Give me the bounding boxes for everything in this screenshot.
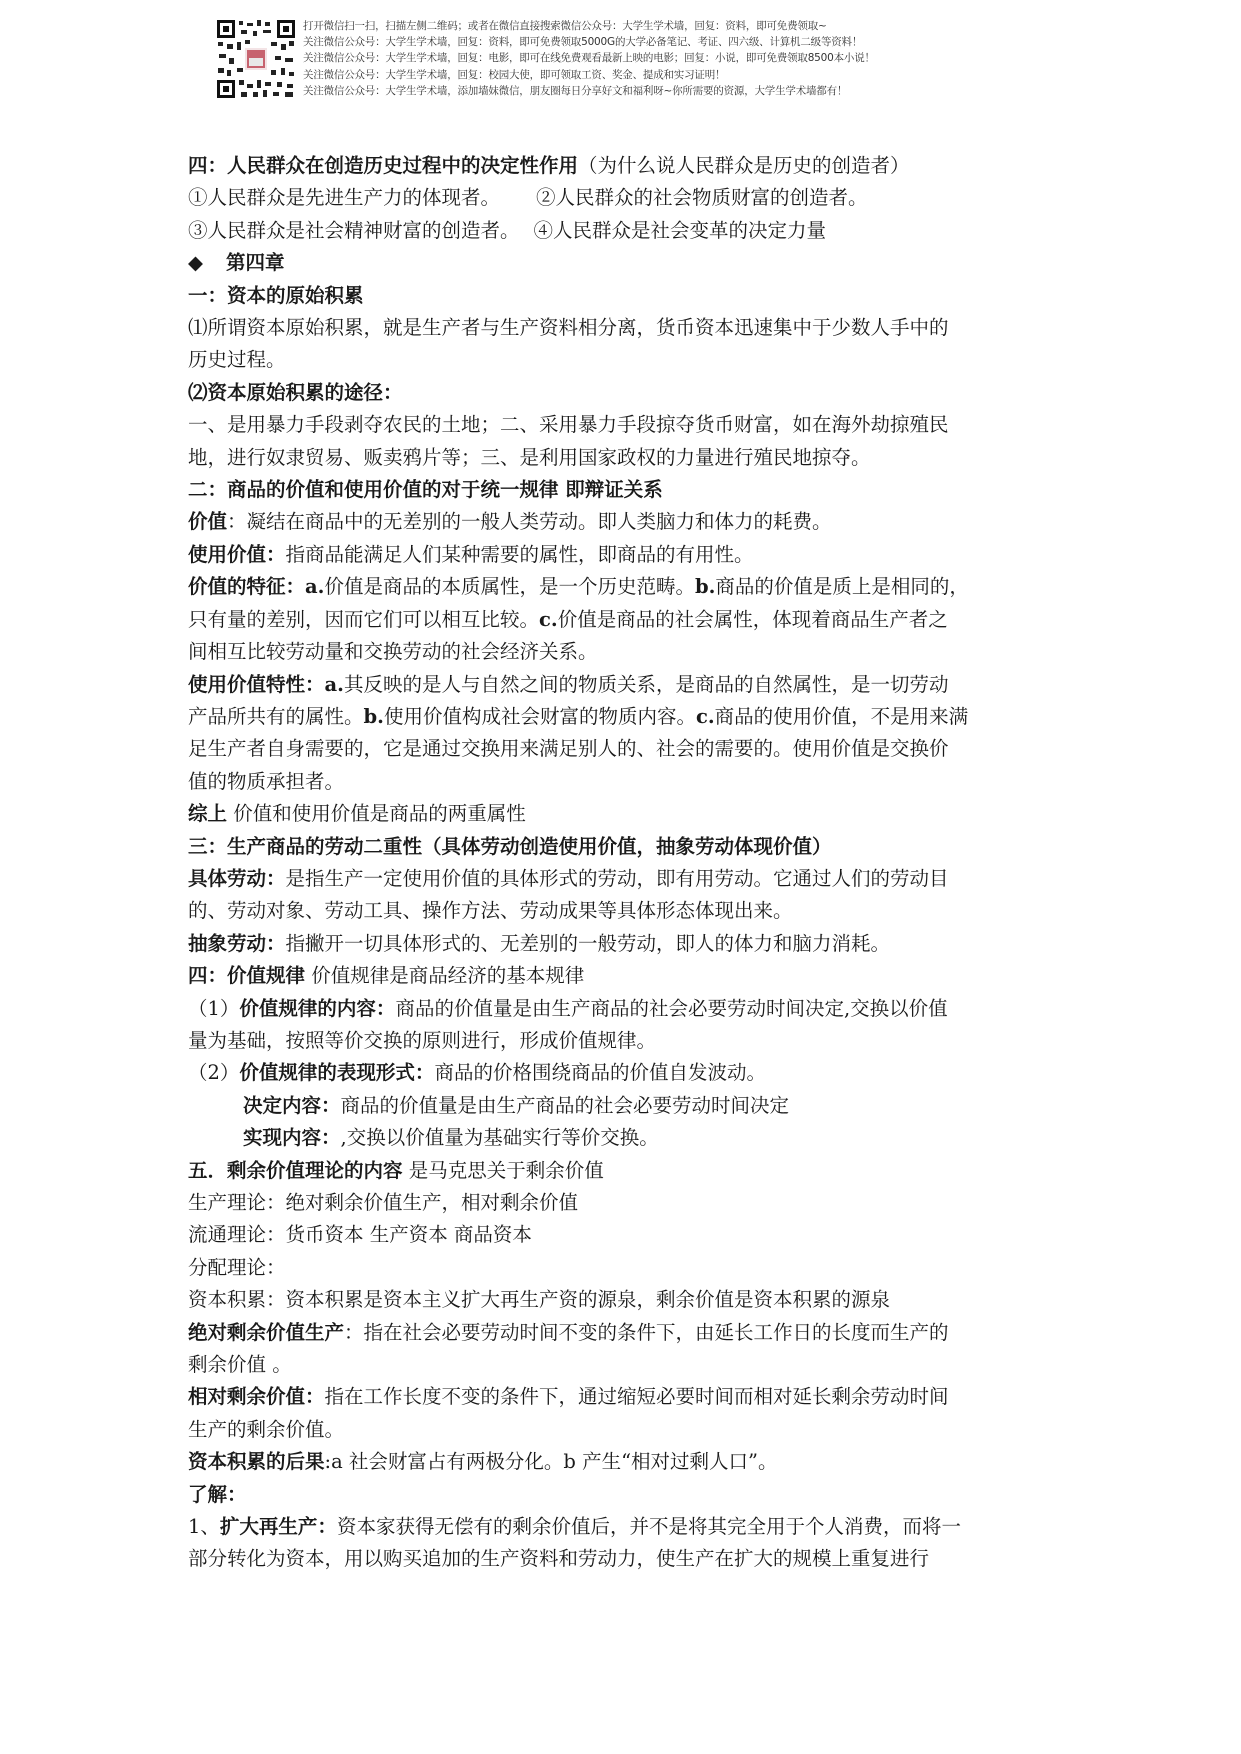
definition-concrete-labor: 具体劳动：是指生产一定使用价值的具体形式的劳动，即有用劳动。它通过人们的劳动目 <box>188 863 1058 895</box>
definition-value: 价值：凝结在商品中的无差别的一般人类劳动。即人类脑力和体力的耗费。 <box>188 506 1058 538</box>
paragraph: 间相互比较劳动量和交换劳动的社会经济关系。 <box>188 636 1058 668</box>
section-heading: 四：人民群众在创造历史过程中的决定性作用（为什么说人民群众是历史的创造者） <box>188 150 1058 182</box>
document-body: 四：人民群众在创造历史过程中的决定性作用（为什么说人民群众是历史的创造者） ①人… <box>188 150 1058 1576</box>
diamond-bullet-icon: ◆ <box>188 247 226 279</box>
promo-line: 关注微信公众号：大学生学术墙，回复：资料，即可免费领取5000G的大学必备笔记、… <box>303 34 875 50</box>
accumulation-results: 资本积累的后果:a 社会财富占有两极分化。b 产生“相对过剩人口”。 <box>188 1446 1058 1478</box>
definition-absolute-surplus: 绝对剩余价值生产：指在社会必要劳动时间不变的条件下，由延长工作日的长度而生产的 <box>188 1317 1058 1349</box>
paragraph: 足生产者自身需要的，它是通过交换用来满足别人的、社会的需要的。使用价值是交换价 <box>188 733 1058 765</box>
promo-line: 关注微信公众号：大学生学术墙，回复：电影，即可在线免费观看最新上映的电影；回复：… <box>303 50 875 66</box>
paragraph: 流通理论：货币资本 生产资本 商品资本 <box>188 1219 1058 1251</box>
section-heading: 二：商品的价值和使用价值的对于统一规律 即辩证关系 <box>188 474 1058 506</box>
definition-relative-surplus: 相对剩余价值：指在工作长度不变的条件下，通过缩短必要时间而相对延长剩余劳动时间 <box>188 1381 1058 1413</box>
paragraph: 值的物质承担者。 <box>188 766 1058 798</box>
paragraph: 剩余价值 。 <box>188 1349 1058 1381</box>
sub-item: 实现内容：,交换以价值量为基础实行等价交换。 <box>188 1122 1058 1154</box>
chapter-heading: ◆第四章 <box>188 247 1058 279</box>
promo-line: 打开微信扫一扫，扫描左侧二维码；或者在微信直接搜索微信公众号：大学生学术墙，回复… <box>303 18 875 34</box>
paragraph: 产品所共有的属性。b.使用价值构成社会财富的物质内容。c.商品的使用价值，不是用… <box>188 701 1058 733</box>
list-item: （2）价值规律的表现形式：商品的价格围绕商品的价值自发波动。 <box>188 1057 1058 1089</box>
value-features: 价值的特征：a.价值是商品的本质属性，是一个历史范畴。b.商品的价值是质上是相同… <box>188 571 1058 603</box>
paragraph: 的、劳动对象、劳动工具、操作方法、劳动成果等具体形态体现出来。 <box>188 895 1058 927</box>
promo-line: 关注微信公众号：大学生学术墙，回复：校园大使，即可领取工资、奖金、提成和实习证明… <box>303 67 875 83</box>
paragraph: ①人民群众是先进生产力的体现者。②人民群众的社会物质财富的创造者。 <box>188 182 1058 214</box>
list-item: （1）价值规律的内容：商品的价值量是由生产商品的社会必要劳动时间决定,交换以价值 <box>188 993 1058 1025</box>
sub-heading: 了解： <box>188 1479 1058 1511</box>
sub-heading: ⑵资本原始积累的途径： <box>188 377 1058 409</box>
paragraph: 生产理论：绝对剩余价值生产，相对剩余价值 <box>188 1187 1058 1219</box>
summary: 综上 价值和使用价值是商品的两重属性 <box>188 798 1058 830</box>
paragraph: 地，进行奴隶贸易、贩卖鸦片等；三、是利用国家政权的力量进行殖民地掠夺。 <box>188 442 1058 474</box>
paragraph: 生产的剩余价值。 <box>188 1414 1058 1446</box>
paragraph: 历史过程。 <box>188 344 1058 376</box>
qr-code-icon <box>215 18 297 100</box>
section-heading: 三：生产商品的劳动二重性（具体劳动创造使用价值，抽象劳动体现价值） <box>188 831 1058 863</box>
paragraph: 量为基础，按照等价交换的原则进行，形成价值规律。 <box>188 1025 1058 1057</box>
section-heading: 五．剩余价值理论的内容 是马克思关于剩余价值 <box>188 1155 1058 1187</box>
paragraph: 资本积累：资本积累是资本主义扩大再生产资的源泉，剩余价值是资本积累的源泉 <box>188 1284 1058 1316</box>
list-item: 1、扩大再生产：资本家获得无偿有的剩余价值后，并不是将其完全用于个人消费，而将一 <box>188 1511 1058 1543</box>
paragraph: ③人民群众是社会精神财富的创造者。④人民群众是社会变革的决定力量 <box>188 215 1058 247</box>
promo-header: 打开微信扫一扫，扫描左侧二维码；或者在微信直接搜索微信公众号：大学生学术墙，回复… <box>215 18 875 104</box>
use-value-features: 使用价值特性：a.其反映的是人与自然之间的物质关系，是商品的自然属性，是一切劳动 <box>188 669 1058 701</box>
promo-text: 打开微信扫一扫，扫描左侧二维码；或者在微信直接搜索微信公众号：大学生学术墙，回复… <box>303 18 875 104</box>
paragraph: 分配理论： <box>188 1252 1058 1284</box>
paragraph: 只有量的差别，因而它们可以相互比较。c.价值是商品的社会属性，体现着商品生产者之 <box>188 604 1058 636</box>
definition-abstract-labor: 抽象劳动：指撇开一切具体形式的、无差别的一般劳动，即人的体力和脑力消耗。 <box>188 928 1058 960</box>
promo-line: 关注微信公众号：大学生学术墙，添加墙妹微信，朋友圈每日分享好文和福利呀~你所需要… <box>303 83 875 99</box>
section-heading: 四：价值规律 价值规律是商品经济的基本规律 <box>188 960 1058 992</box>
paragraph: 一、是用暴力手段剥夺农民的土地；二、采用暴力手段掠夺货币财富，如在海外劫掠殖民 <box>188 409 1058 441</box>
paragraph: 部分转化为资本，用以购买追加的生产资料和劳动力，使生产在扩大的规模上重复进行 <box>188 1543 1058 1575</box>
definition-use-value: 使用价值：指商品能满足人们某种需要的属性，即商品的有用性。 <box>188 539 1058 571</box>
paragraph: ⑴所谓资本原始积累，就是生产者与生产资料相分离，货币资本迅速集中于少数人手中的 <box>188 312 1058 344</box>
section-heading: 一：资本的原始积累 <box>188 280 1058 312</box>
sub-item: 决定内容：商品的价值量是由生产商品的社会必要劳动时间决定 <box>188 1090 1058 1122</box>
